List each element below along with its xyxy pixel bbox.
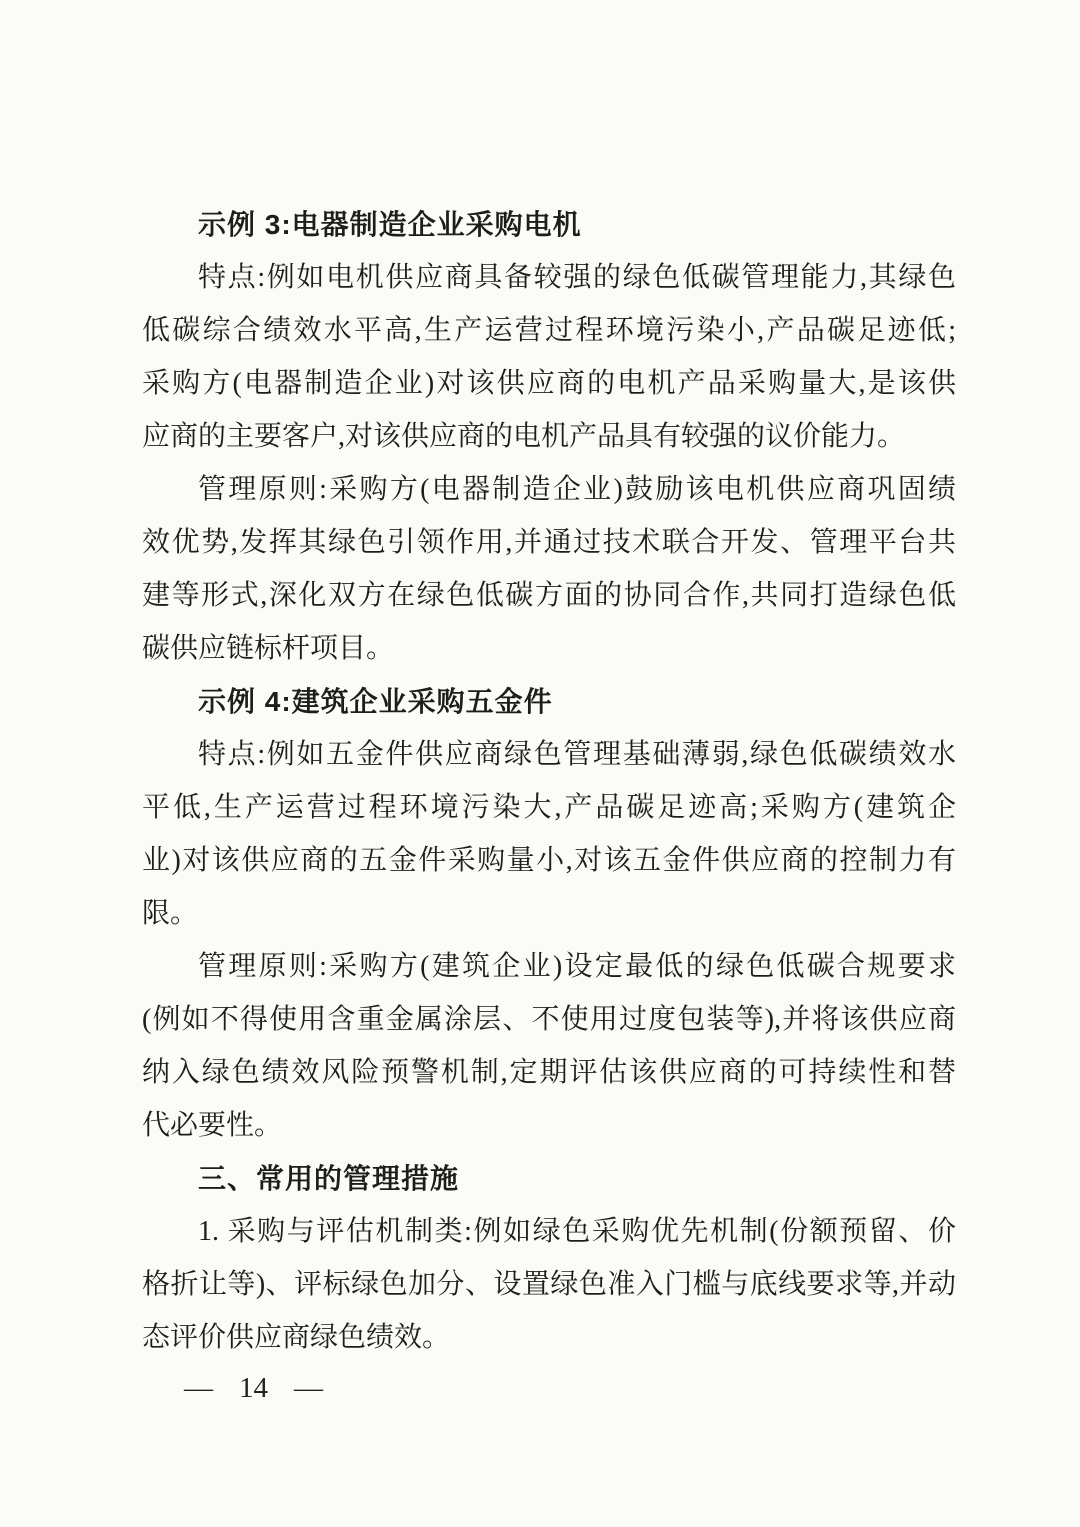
text-line: 管理原则:采购方(建筑企业)设定最低的绿色低碳合规要求 [142, 940, 956, 993]
paragraph: 管理原则:采购方(建筑企业)设定最低的绿色低碳合规要求(例如不得使用含重金属涂层… [142, 940, 956, 1152]
text-line: 代必要性。 [142, 1099, 956, 1152]
text-line: 态评价供应商绿色绩效。 [142, 1311, 956, 1364]
paragraph: 特点:例如五金件供应商绿色管理基础薄弱,绿色低碳绩效水平低,生产运营过程环境污染… [142, 728, 956, 940]
paragraph: 1. 采购与评估机制类:例如绿色采购优先机制(份额预留、价格折让等)、评标绿色加… [142, 1205, 956, 1364]
text-line: 碳供应链标杆项目。 [142, 622, 956, 675]
text-line: 低碳综合绩效水平高,生产运营过程环境污染小,产品碳足迹低; [142, 304, 956, 357]
text-line: 效优势,发挥其绿色引领作用,并通过技术联合开发、管理平台共 [142, 516, 956, 569]
text-line: 特点:例如电机供应商具备较强的绿色低碳管理能力,其绿色 [142, 251, 956, 304]
text-line: 业)对该供应商的五金件采购量小,对该五金件供应商的控制力有 [142, 834, 956, 887]
document-body: 示例 3:电器制造企业采购电机特点:例如电机供应商具备较强的绿色低碳管理能力,其… [142, 198, 956, 1364]
footer-left-dash: — [184, 1366, 213, 1410]
document-page: 示例 3:电器制造企业采购电机特点:例如电机供应商具备较强的绿色低碳管理能力,其… [0, 0, 1080, 1527]
text-line: 三、常用的管理措施 [142, 1152, 956, 1205]
text-line: 示例 4:建筑企业采购五金件 [142, 675, 956, 728]
text-line: 建等形式,深化双方在绿色低碳方面的协同合作,共同打造绿色低 [142, 569, 956, 622]
text-line: 平低,生产运营过程环境污染大,产品碳足迹高;采购方(建筑企 [142, 781, 956, 834]
text-line: 限。 [142, 887, 956, 940]
text-line: 纳入绿色绩效风险预警机制,定期评估该供应商的可持续性和替 [142, 1046, 956, 1099]
text-line: 1. 采购与评估机制类:例如绿色采购优先机制(份额预留、价 [142, 1205, 956, 1258]
page-number: 14 [239, 1366, 268, 1410]
paragraph: 管理原则:采购方(电器制造企业)鼓励该电机供应商巩固绩效优势,发挥其绿色引领作用… [142, 463, 956, 675]
text-line: 格折让等)、评标绿色加分、设置绿色准入门槛与底线要求等,并动 [142, 1258, 956, 1311]
text-line: 采购方(电器制造企业)对该供应商的电机产品采购量大,是该供 [142, 357, 956, 410]
footer-right-dash: — [294, 1366, 323, 1410]
section-heading: 示例 4:建筑企业采购五金件 [142, 675, 956, 728]
text-line: (例如不得使用含重金属涂层、不使用过度包装等),并将该供应商 [142, 993, 956, 1046]
page-footer: —14— [184, 1366, 323, 1410]
text-line: 示例 3:电器制造企业采购电机 [142, 198, 956, 251]
paragraph: 特点:例如电机供应商具备较强的绿色低碳管理能力,其绿色低碳综合绩效水平高,生产运… [142, 251, 956, 463]
text-line: 应商的主要客户,对该供应商的电机产品具有较强的议价能力。 [142, 410, 956, 463]
text-line: 特点:例如五金件供应商绿色管理基础薄弱,绿色低碳绩效水 [142, 728, 956, 781]
section-heading: 三、常用的管理措施 [142, 1152, 956, 1205]
section-heading: 示例 3:电器制造企业采购电机 [142, 198, 956, 251]
text-line: 管理原则:采购方(电器制造企业)鼓励该电机供应商巩固绩 [142, 463, 956, 516]
